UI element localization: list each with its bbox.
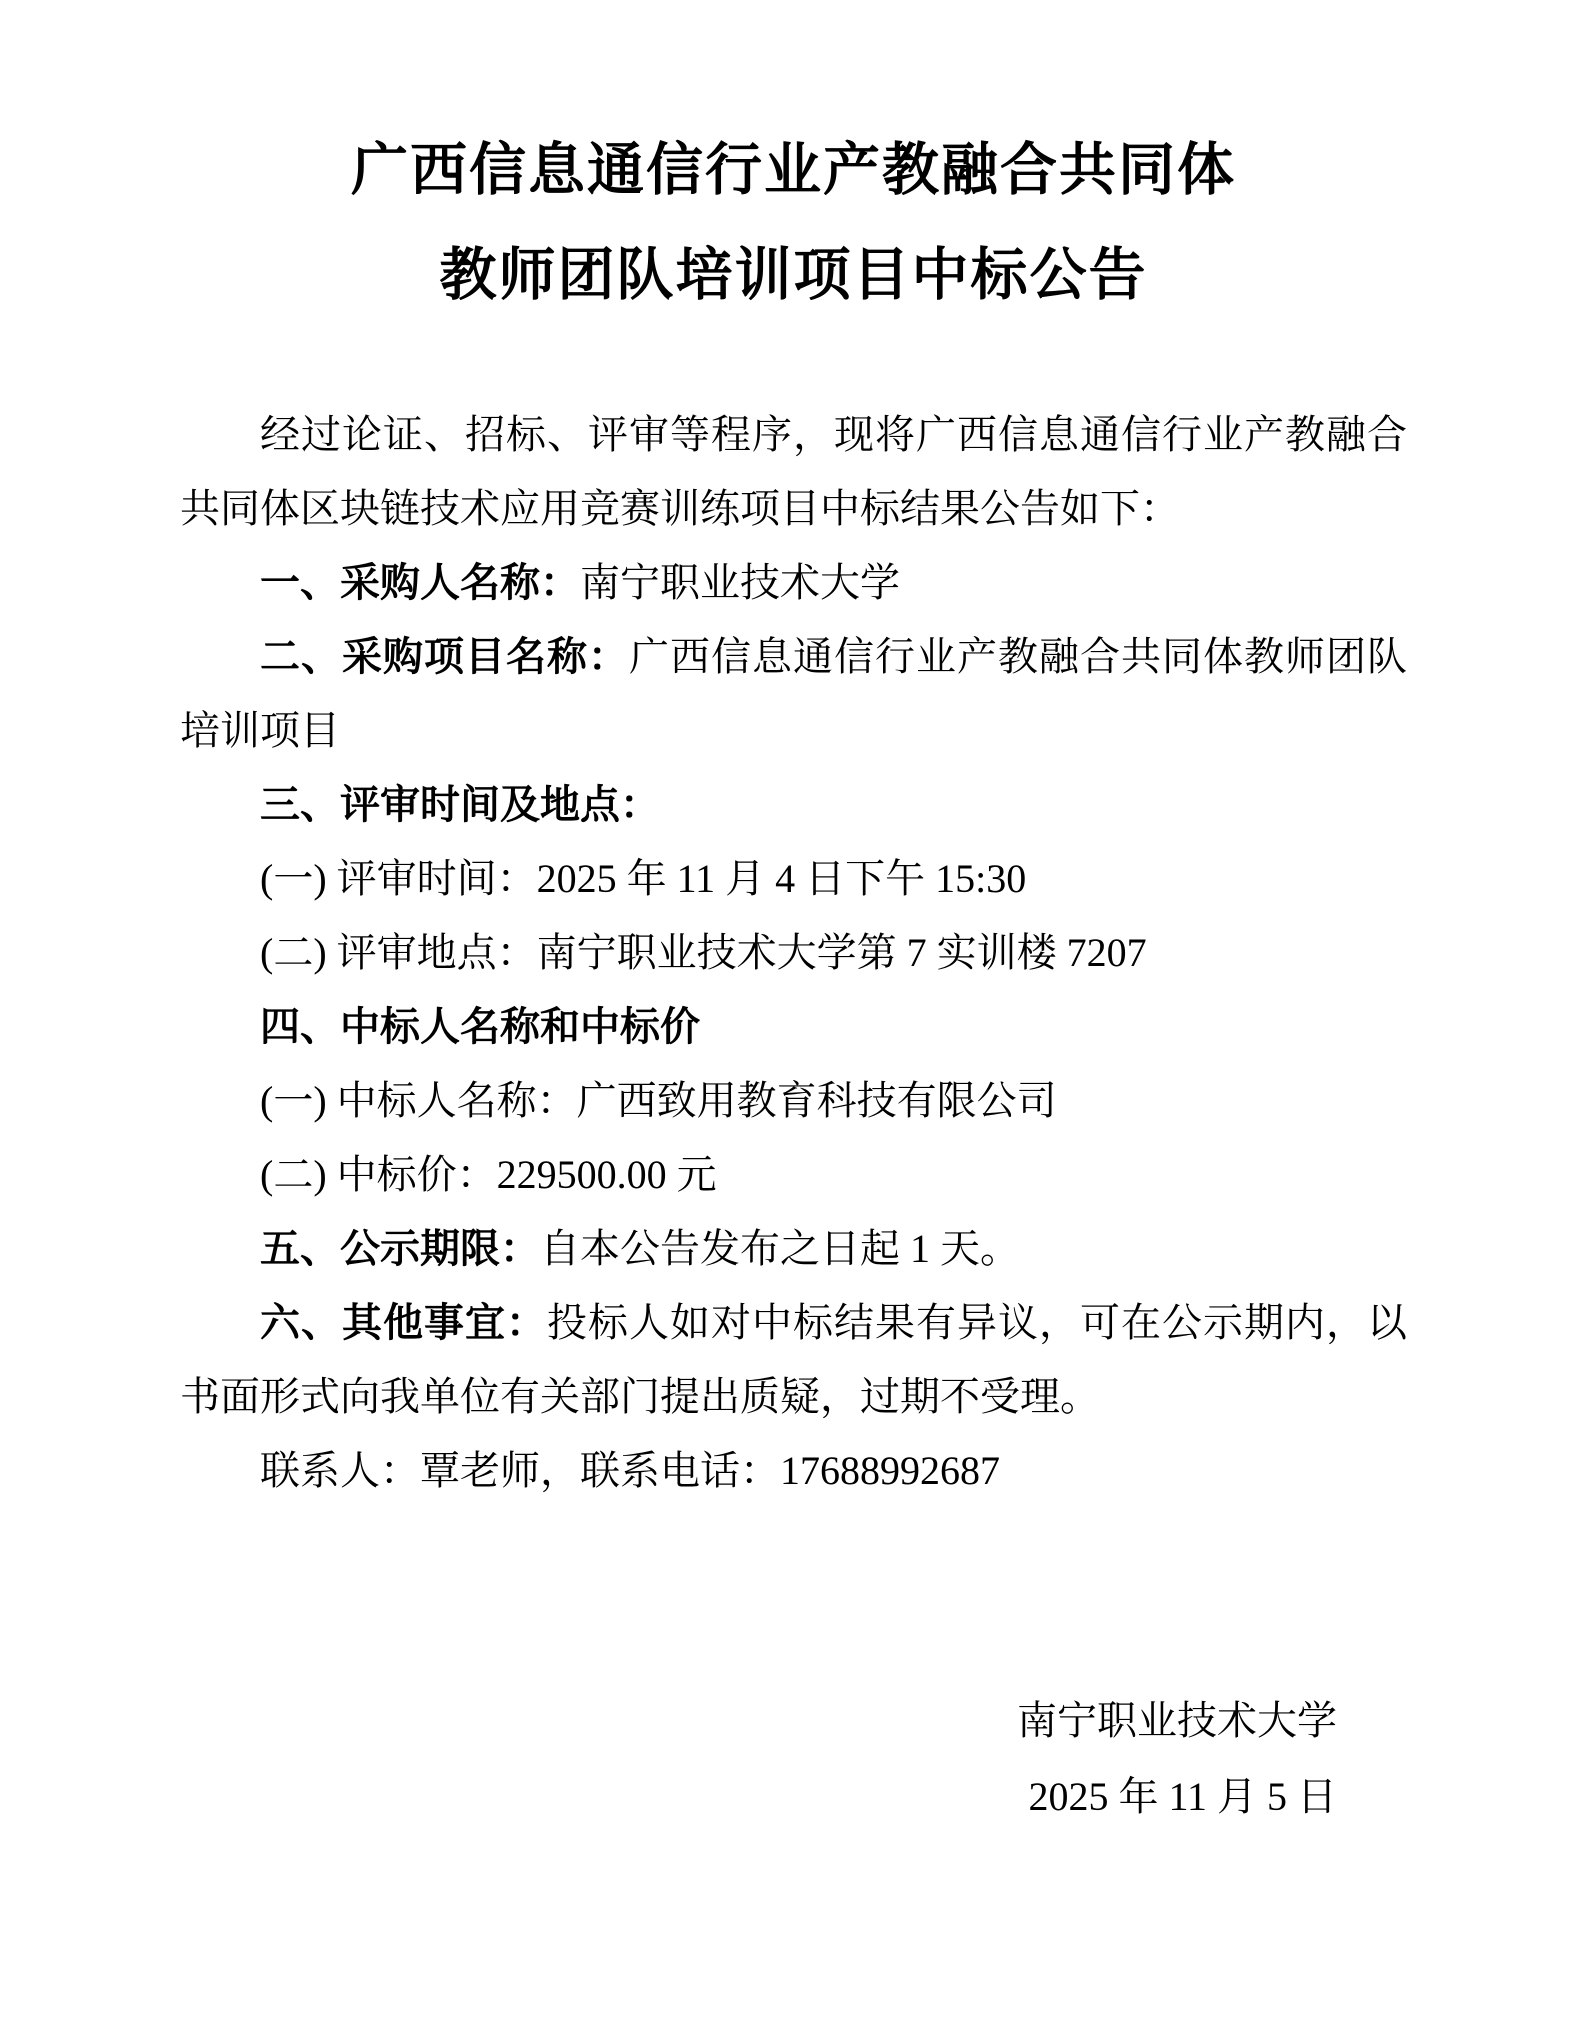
item-3-label: 三、评审时间及地点：: [260, 783, 660, 827]
winning-price-text: (二) 中标价：229500.00 元: [260, 1152, 717, 1197]
title-line-1: 广西信息通信行业产教融合共同体: [180, 118, 1407, 223]
signature-block: 南宁职业技术大学 2025 年 11 月 5 日: [180, 1683, 1407, 1835]
item-3-sub-2-review-location: (二) 评审地点：南宁职业技术大学第 7 实训楼 7207: [180, 916, 1407, 990]
item-4-sub-2-winning-price: (二) 中标价：229500.00 元: [180, 1138, 1407, 1212]
item-6-other-matters: 六、其他事宜：投标人如对中标结果有异议，可在公示期内，以书面形式向我单位有关部门…: [180, 1286, 1407, 1434]
item-4-winner-heading: 四、中标人名称和中标价: [180, 990, 1407, 1064]
intro-paragraph: 经过论证、招标、评审等程序，现将广西信息通信行业产教融合共同体区块链技术应用竞赛…: [180, 398, 1407, 546]
item-1-label: 一、采购人名称：: [260, 561, 580, 605]
review-location-text: (二) 评审地点：南宁职业技术大学第 7 实训楼 7207: [260, 930, 1147, 975]
intro-text: 经过论证、招标、评审等程序，现将广西信息通信行业产教融合共同体区块链技术应用竞赛…: [180, 412, 1407, 531]
document-body: 经过论证、招标、评审等程序，现将广西信息通信行业产教融合共同体区块链技术应用竞赛…: [180, 398, 1407, 1508]
winner-name-text: (一) 中标人名称：广西致用教育科技有限公司: [260, 1078, 1057, 1123]
document-title: 广西信息通信行业产教融合共同体 教师团队培训项目中标公告: [180, 118, 1407, 328]
item-5-publicity-period: 五、公示期限：自本公告发布之日起 1 天。: [180, 1212, 1407, 1286]
signature-organization: 南宁职业技术大学: [180, 1683, 1337, 1759]
review-time-text: (一) 评审时间：2025 年 11 月 4 日下午 15:30: [260, 856, 1026, 901]
item-5-value: 自本公告发布之日起 1 天。: [540, 1226, 1020, 1271]
title-line-2: 教师团队培训项目中标公告: [180, 223, 1407, 328]
item-4-sub-1-winner-name: (一) 中标人名称：广西致用教育科技有限公司: [180, 1064, 1407, 1138]
item-1-purchaser: 一、采购人名称：南宁职业技术大学: [180, 546, 1407, 620]
signature-date: 2025 年 11 月 5 日: [180, 1759, 1337, 1835]
item-5-label: 五、公示期限：: [260, 1227, 540, 1271]
item-2-label: 二、采购项目名称：: [260, 635, 629, 679]
item-3-review-heading: 三、评审时间及地点：: [180, 768, 1407, 842]
announcement-document: 广西信息通信行业产教融合共同体 教师团队培训项目中标公告 经过论证、招标、评审等…: [0, 0, 1587, 2027]
item-3-sub-1-review-time: (一) 评审时间：2025 年 11 月 4 日下午 15:30: [180, 842, 1407, 916]
item-1-value: 南宁职业技术大学: [580, 560, 900, 605]
item-6-label: 六、其他事宜：: [260, 1301, 547, 1345]
item-2-project-name: 二、采购项目名称：广西信息通信行业产教融合共同体教师团队培训项目: [180, 620, 1407, 768]
contact-text: 联系人：覃老师，联系电话：17688992687: [260, 1448, 1000, 1493]
item-4-label: 四、中标人名称和中标价: [260, 1005, 700, 1049]
contact-line: 联系人：覃老师，联系电话：17688992687: [180, 1434, 1407, 1508]
